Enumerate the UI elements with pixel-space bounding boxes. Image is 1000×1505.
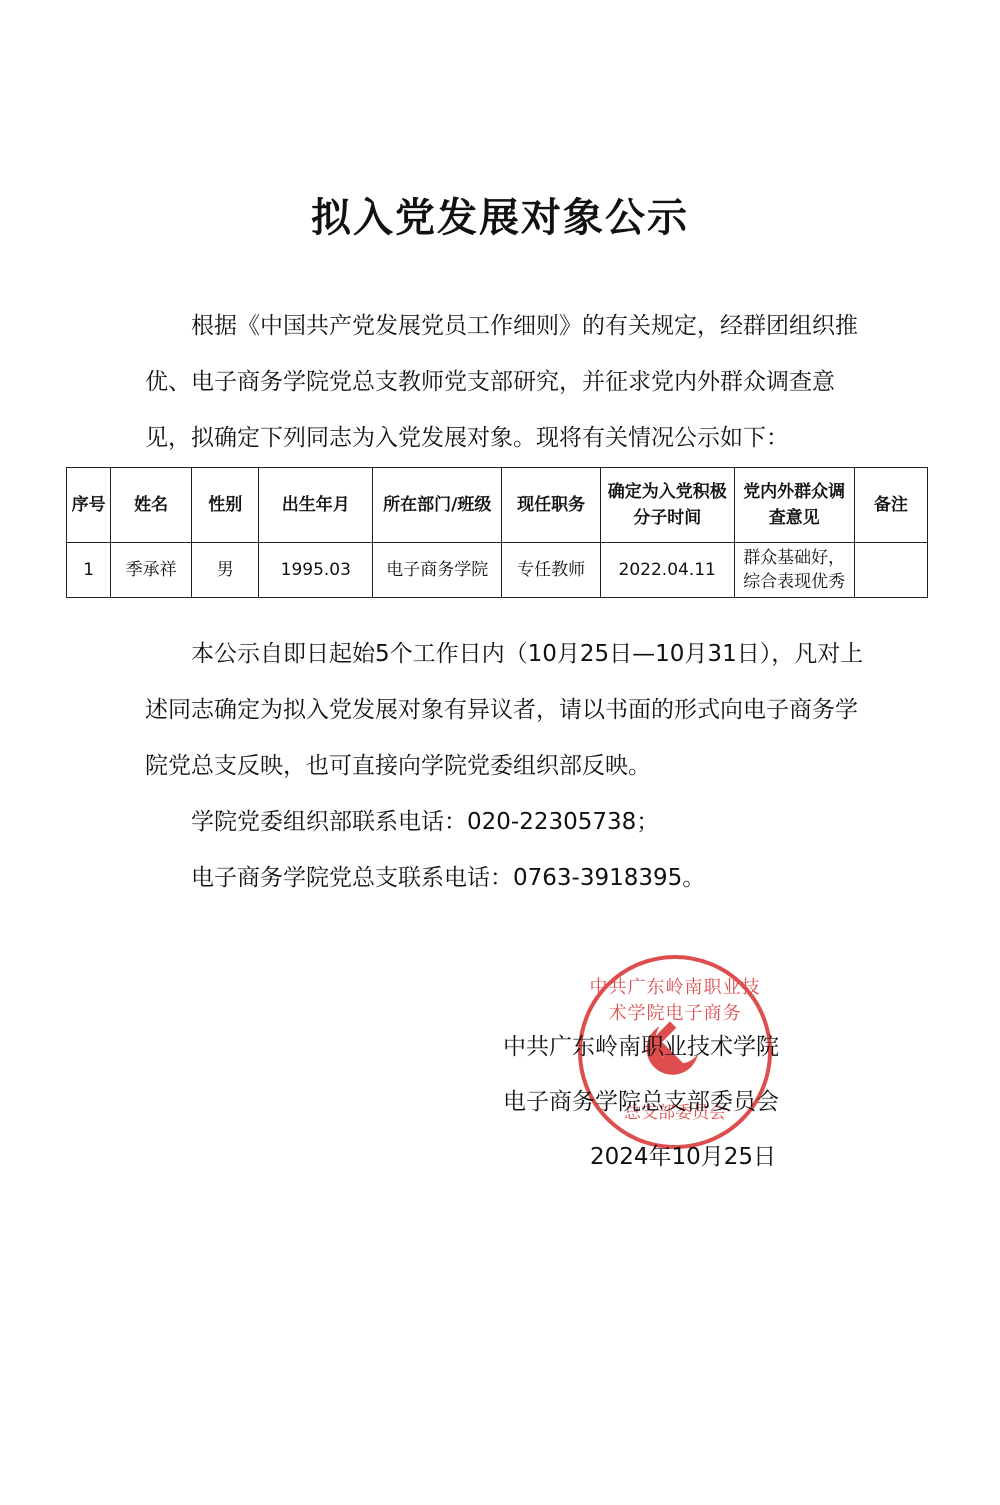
candidate-table: 序号 姓名 性别 出生年月 所在部门/班级 现任职务 确定为入党积极分子时间 党… bbox=[66, 467, 928, 598]
cell-position: 专任教师 bbox=[502, 543, 600, 598]
col-header-name: 姓名 bbox=[111, 468, 192, 543]
notice-paragraph: 本公示自即日起始5个工作日内（10月25日—10月31日），凡对上述同志确定为拟… bbox=[145, 626, 865, 794]
cell-dept: 电子商务学院 bbox=[373, 543, 502, 598]
col-header-position: 现任职务 bbox=[502, 468, 600, 543]
col-header-birth: 出生年月 bbox=[259, 468, 373, 543]
contact-party-committee: 学院党委组织部联系电话：020-22305738； bbox=[145, 794, 865, 850]
document-title: 拟入党发展对象公示 bbox=[0, 186, 1000, 243]
signature-line-2: 电子商务学院总支部委员会 bbox=[503, 1083, 779, 1116]
col-header-no: 序号 bbox=[67, 468, 111, 543]
signature-date: 2024年10月25日 bbox=[590, 1138, 776, 1171]
col-header-dept: 所在部门/班级 bbox=[373, 468, 502, 543]
contact-branch: 电子商务学院党总支联系电话：0763-3918395。 bbox=[145, 850, 865, 906]
cell-name: 季承祥 bbox=[111, 543, 192, 598]
col-header-survey: 党内外群众调查意见 bbox=[734, 468, 854, 543]
cell-activist-date: 2022.04.11 bbox=[600, 543, 734, 598]
col-header-gender: 性别 bbox=[192, 468, 259, 543]
cell-birth: 1995.03 bbox=[259, 543, 373, 598]
cell-no: 1 bbox=[67, 543, 111, 598]
cell-remarks bbox=[854, 543, 927, 598]
cell-survey: 群众基础好，综合表现优秀 bbox=[734, 543, 854, 598]
col-header-remarks: 备注 bbox=[854, 468, 927, 543]
table-row: 1 季承祥 男 1995.03 电子商务学院 专任教师 2022.04.11 群… bbox=[67, 543, 928, 598]
signature-line-1: 中共广东岭南职业技术学院 bbox=[503, 1028, 779, 1061]
table-header-row: 序号 姓名 性别 出生年月 所在部门/班级 现任职务 确定为入党积极分子时间 党… bbox=[67, 468, 928, 543]
col-header-activist-date: 确定为入党积极分子时间 bbox=[600, 468, 734, 543]
intro-paragraph: 根据《中国共产党发展党员工作细则》的有关规定，经群团组织推优、电子商务学院党总支… bbox=[145, 298, 865, 466]
cell-gender: 男 bbox=[192, 543, 259, 598]
